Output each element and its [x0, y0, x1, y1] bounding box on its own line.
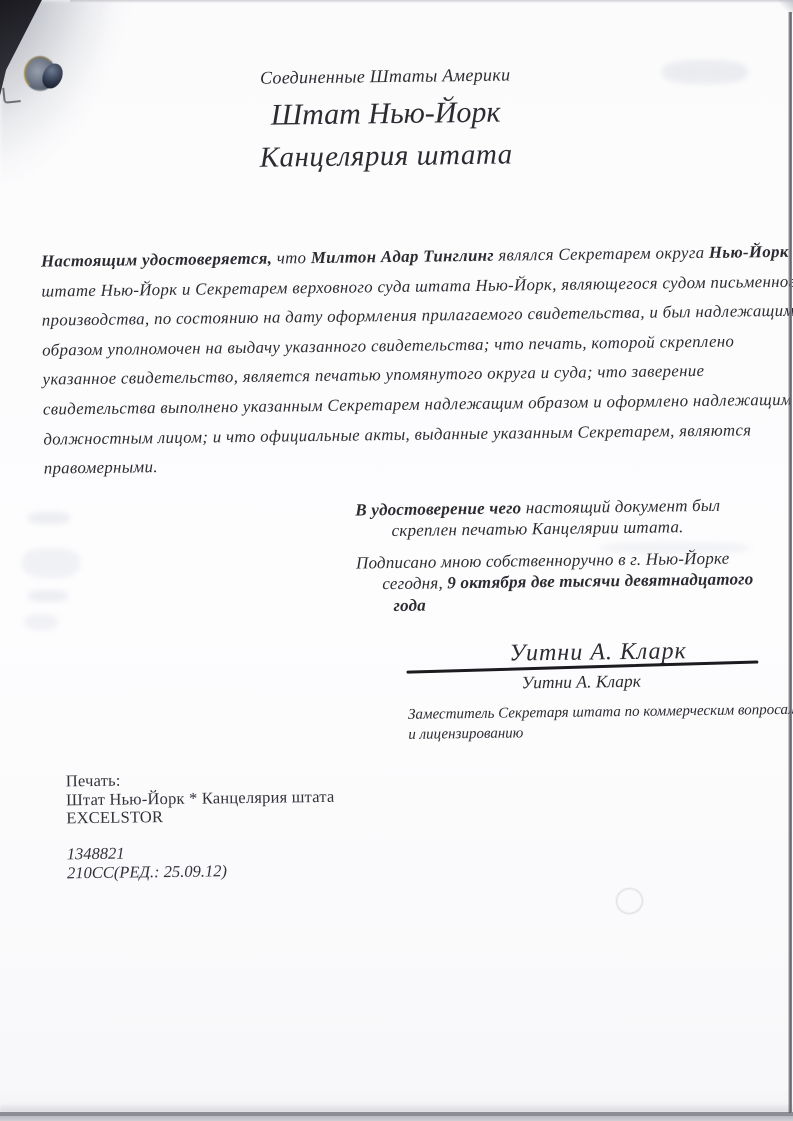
- signed-date: 9 октября две тысячи девятнадцатого: [447, 569, 753, 592]
- seal-ref-number: 1348821: [67, 842, 227, 863]
- bottom-edge-shadow: [0, 1104, 793, 1112]
- scanned-certificate-page: Соединенные Штаты Америки Штат Нью-Йорк …: [0, 0, 793, 1121]
- bottom-scanner-strip: [0, 1116, 793, 1121]
- certification-paragraph: Настоящим удостоверяется, что Милтон Ада…: [41, 237, 793, 484]
- title-office: Канцелярия штата: [0, 135, 783, 178]
- right-edge-shadow: [788, 12, 792, 1113]
- certification-bold-intro: Настоящим удостоверяется,: [41, 249, 272, 271]
- witness-clause-line-2: скреплен печатью Канцелярии штата.: [391, 517, 683, 541]
- certification-text: являлся Секретарем округа: [494, 243, 709, 265]
- signer-title-line-2: и лицензированию: [408, 720, 793, 745]
- county-name: Нью-Йорк: [709, 242, 789, 262]
- seal-form-code: 210СС(РЕД.: 25.09.12): [67, 861, 227, 882]
- witness-bold: В удостоверение чего: [355, 498, 521, 519]
- signed-clause-line-3: года: [393, 596, 426, 616]
- signed-clause-line-2: сегодня, 9 октября две тысячи девятнадца…: [382, 569, 753, 594]
- seal-line-2: EXCELSTOR: [66, 806, 335, 828]
- witness-rest: настоящий документ был: [521, 496, 720, 518]
- seal-line-1: Штат Нью-Йорк * Канцелярия штата: [66, 787, 335, 809]
- document-content: Соединенные Штаты Америки Штат Нью-Йорк …: [0, 0, 793, 1121]
- signature-printed-name: Уитни А. Кларк: [521, 671, 641, 694]
- seal-description: Печать: Штат Нью-Йорк * Канцелярия штата…: [66, 769, 335, 828]
- secretary-name: Милтон Адар Тинглинг: [311, 246, 494, 267]
- signed-date-prefix: сегодня,: [382, 573, 447, 593]
- title-state: Штат Нью-Йорк: [0, 92, 782, 136]
- title-country: Соединенные Штаты Америки: [0, 61, 782, 92]
- signer-title: Заместитель Секретаря штата по коммерчес…: [408, 700, 793, 745]
- certification-text: что: [272, 248, 311, 268]
- seal-numbers: 1348821 210СС(РЕД.: 25.09.12): [67, 842, 227, 882]
